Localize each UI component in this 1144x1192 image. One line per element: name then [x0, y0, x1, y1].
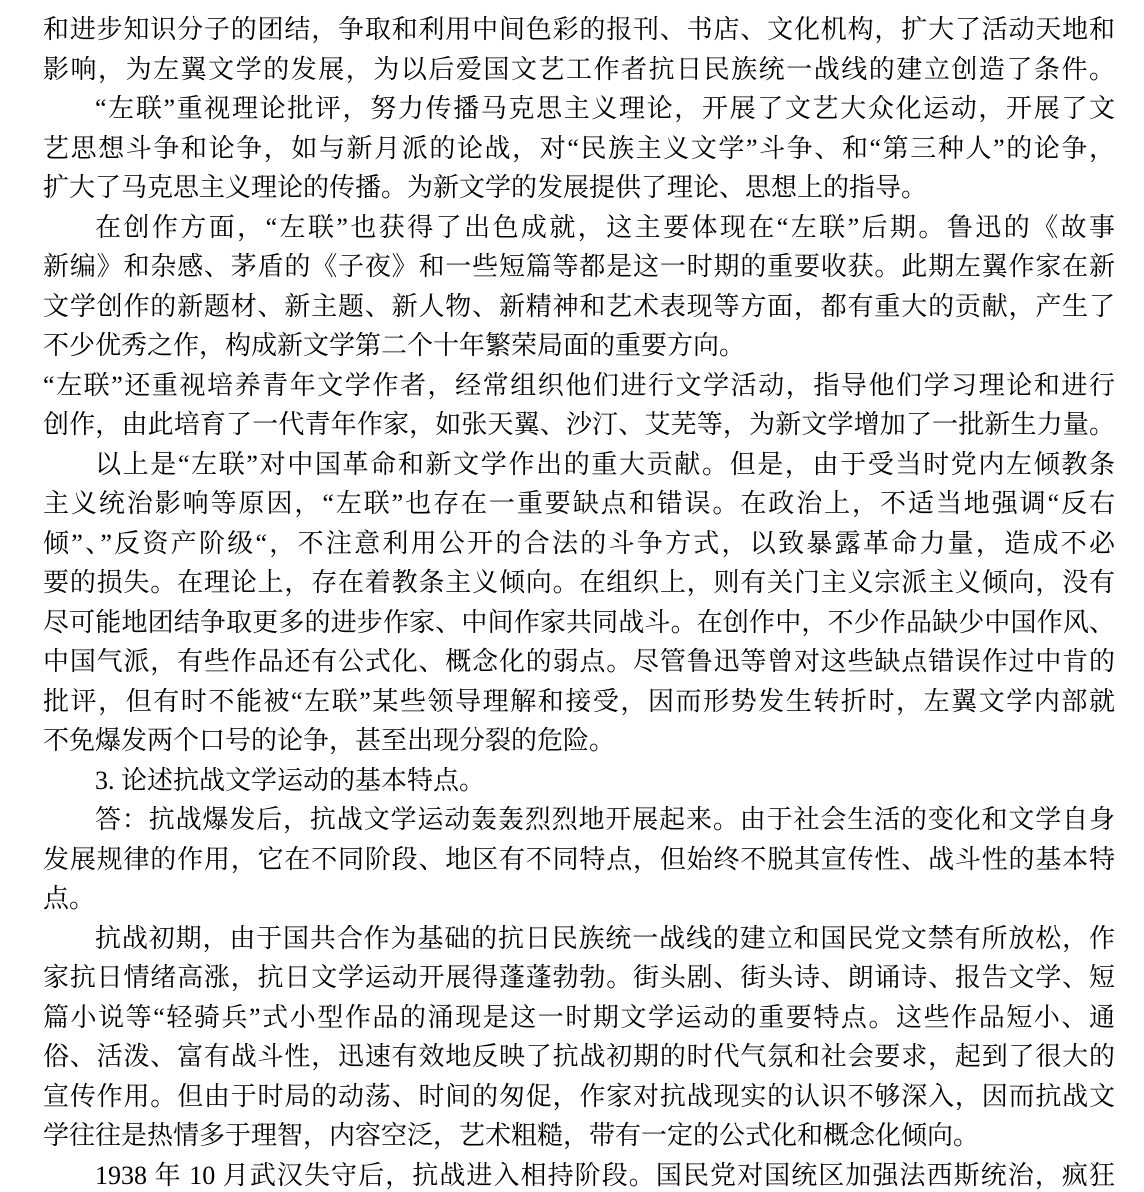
- text-line: 答：抗战爆发后，抗战文学运动轰轰烈烈地开展起来。由于社会生活的变化和文学自身: [43, 800, 1115, 840]
- text-line: 主义统治影响等原因，“左联”也存在一重要缺点和错误。在政治上，不适当地强调“反右: [43, 484, 1115, 524]
- text-line: 要的损失。在理论上，存在着教条主义倾向。在组织上，则有关门主义宗派主义倾向，没有: [43, 563, 1115, 603]
- text-line: 在创作方面，“左联”也获得了出色成就，这主要体现在“左联”后期。鲁迅的《故事: [43, 208, 1115, 248]
- text-line: “左联”重视理论批评，努力传播马克思主义理论，开展了文艺大众化运动，开展了文: [43, 89, 1115, 129]
- text-line: 学往往是热情多于理智，内容空泛，艺术粗糙，带有一定的公式化和概念化倾向。: [43, 1116, 1115, 1156]
- text-line: 新编》和杂感、茅盾的《子夜》和一些短篇等都是这一时期的重要收获。此期左翼作家在新: [43, 247, 1115, 287]
- text-line: 不少优秀之作，构成新文学第二个十年繁荣局面的重要方向。: [43, 326, 1115, 366]
- text-line: “左联”还重视培养青年文学作者，经常组织他们进行文学活动，指导他们学习理论和进行: [43, 366, 1115, 406]
- text-line: 1938 年 10 月武汉失守后，抗战进入相持阶段。国民党对国统区加强法西斯统治…: [43, 1156, 1115, 1192]
- text-line: 俗、活泼、富有战斗性，迅速有效地反映了抗战初期的时代气氛和社会要求，起到了很大的: [43, 1037, 1115, 1077]
- text-line: 发展规律的作用，它在不同阶段、地区有不同特点，但始终不脱其宣传性、战斗性的基本特: [43, 840, 1115, 880]
- text-line: 宣传作用。但由于时局的动荡、时间的匆促，作家对抗战现实的认识不够深入，因而抗战文: [43, 1077, 1115, 1117]
- text-line: 文学创作的新题材、新主题、新人物、新精神和艺术表现等方面，都有重大的贡献，产生了: [43, 287, 1115, 327]
- text-line: 不免爆发两个口号的论争，甚至出现分裂的危险。: [43, 721, 1115, 761]
- text-line: 家抗日情绪高涨，抗日文学运动开展得蓬蓬勃勃。街头剧、街头诗、朗诵诗、报告文学、短: [43, 958, 1115, 998]
- text-line: 中国气派，有些作品还有公式化、概念化的弱点。尽管鲁迅等曾对这些缺点错误作过中肯的: [43, 642, 1115, 682]
- text-line: 批评，但有时不能被“左联”某些领导理解和接受，因而形势发生转折时，左翼文学内部就: [43, 682, 1115, 722]
- text-line: 艺思想斗争和论争，如与新月派的论战，对“民族主义文学”斗争、和“第三种人”的论争…: [43, 129, 1115, 169]
- text-line: 创作，由此培育了一代青年作家，如张天翼、沙汀、艾芜等，为新文学增加了一批新生力量…: [43, 405, 1115, 445]
- text-line: 倾”、”反资产阶级“，不注意利用公开的合法的斗争方式，以致暴露革命力量，造成不必: [43, 524, 1115, 564]
- text-line: 3. 论述抗战文学运动的基本特点。: [43, 761, 1115, 801]
- text-line: 以上是“左联”对中国革命和新文学作出的重大贡献。但是，由于受当时党内左倾教条: [43, 445, 1115, 485]
- text-line: 尽可能地团结争取更多的进步作家、中间作家共同战斗。在创作中，不少作品缺少中国作风…: [43, 603, 1115, 643]
- text-line: 篇小说等“轻骑兵”式小型作品的涌现是这一时期文学运动的重要特点。这些作品短小、通: [43, 998, 1115, 1038]
- document-page: 和进步知识分子的团结，争取和利用中间色彩的报刊、书店、文化机构，扩大了活动天地和…: [0, 0, 1144, 1192]
- text-line: 扩大了马克思主义理论的传播。为新文学的发展提供了理论、思想上的指导。: [43, 168, 1115, 208]
- text-line: 抗战初期，由于国共合作为基础的抗日民族统一战线的建立和国民党文禁有所放松，作: [43, 919, 1115, 959]
- document-lines: 和进步知识分子的团结，争取和利用中间色彩的报刊、书店、文化机构，扩大了活动天地和…: [43, 10, 1115, 1192]
- text-line: 和进步知识分子的团结，争取和利用中间色彩的报刊、书店、文化机构，扩大了活动天地和: [43, 10, 1115, 50]
- text-line: 点。: [43, 879, 1115, 919]
- text-line: 影响，为左翼文学的发展，为以后爱国文艺工作者抗日民族统一战线的建立创造了条件。: [43, 50, 1115, 90]
